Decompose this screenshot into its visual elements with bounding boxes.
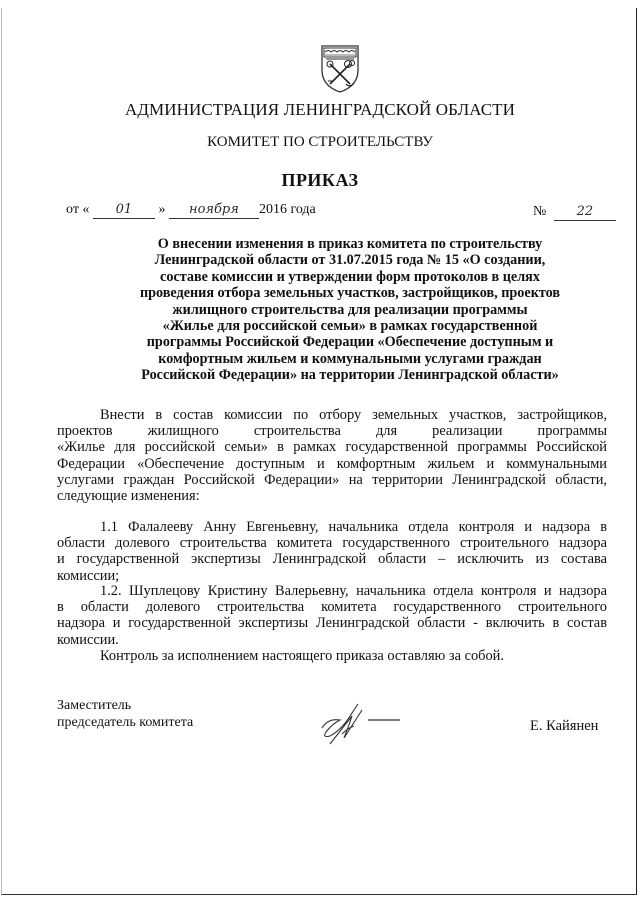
subject-line: жилищного строительства для реализации п… [100, 302, 600, 318]
paragraph-line: Контроль за исполнением настоящего прика… [57, 648, 607, 664]
number-value: 22 [577, 204, 594, 219]
paragraph-line: 1.1 Фалалееву Анну Евгеньевну, начальник… [57, 519, 607, 535]
paragraph-line: области долевого строительства комитета … [57, 535, 607, 551]
document-subject: О внесении изменения в приказ комитета п… [100, 236, 600, 384]
subject-line: Российской Федерации» на территории Лени… [100, 367, 600, 383]
date-mid: » [158, 202, 165, 217]
paragraph-line: следующие изменения: [57, 488, 607, 504]
committee-title: КОМИТЕТ ПО СТРОИТЕЛЬСТВУ [0, 134, 640, 151]
date-line: от « 01 » ноября2016 года [66, 202, 316, 219]
paragraph-line: комиссии. [57, 632, 607, 648]
number-field: 22 [554, 204, 616, 221]
number-label: № [533, 204, 546, 219]
subject-line: комфортным жильем и коммунальными услуга… [100, 351, 600, 367]
subject-line: О внесении изменения в приказ комитета п… [100, 236, 600, 252]
organization-title: АДМИНИСТРАЦИЯ ЛЕНИНГРАДСКОЙ ОБЛАСТИ [0, 100, 640, 120]
signer-position: Заместитель председатель комитета [57, 697, 193, 731]
paragraph-line: «Жилье для российской семьи» в рамках го… [57, 439, 607, 455]
date-month: ноября [189, 202, 239, 217]
paragraph-main: Внести в состав комиссии по отбору земел… [57, 407, 607, 504]
paragraph-control: Контроль за исполнением настоящего прика… [57, 648, 607, 664]
date-year: 2016 года [259, 202, 316, 217]
coat-of-arms-icon [316, 36, 364, 94]
signature-icon [318, 698, 410, 748]
document-number: № 22 [533, 204, 616, 221]
subject-line: программы Российской Федерации «Обеспече… [100, 334, 600, 350]
paragraph-line: 1.2. Шуплецову Кристину Валерьевну, нача… [57, 583, 607, 599]
subject-line: составе комиссии и утверждении форм прот… [100, 269, 600, 285]
date-month-field: ноября [169, 202, 259, 219]
paragraph-item-1-2: 1.2. Шуплецову Кристину Валерьевну, нача… [57, 583, 607, 648]
date-day: 01 [116, 202, 133, 217]
date-day-field: 01 [93, 202, 155, 219]
position-line: председатель комитета [57, 714, 193, 731]
subject-line: Ленинградской области от 31.07.2015 года… [100, 252, 600, 268]
paragraph-line: в области долевого строительства комитет… [57, 599, 607, 615]
document-type: ПРИКАЗ [0, 170, 640, 191]
subject-line: «Жилье для российской семьи» в рамках го… [100, 318, 600, 334]
paragraph-line: и государственной экспертизы Ленинградск… [57, 551, 607, 567]
paragraph-item-1-1: 1.1 Фалалееву Анну Евгеньевну, начальник… [57, 519, 607, 584]
subject-line: проведения отбора земельных участков, за… [100, 285, 600, 301]
paragraph-line: услугами граждан Российской Федерации» н… [57, 472, 607, 488]
date-prefix: от « [66, 202, 89, 217]
paragraph-line: надзора и государственной экспертизы Лен… [57, 615, 607, 631]
paragraph-line: комиссии; [57, 568, 607, 584]
paragraph-line: проектов жилищного строительства для реа… [57, 423, 607, 439]
signer-name: Е. Кайянен [530, 718, 598, 735]
paragraph-line: Федерации «Обеспечение доступным и комфо… [57, 456, 607, 472]
position-line: Заместитель [57, 697, 193, 714]
paragraph-line: Внести в состав комиссии по отбору земел… [57, 407, 607, 423]
